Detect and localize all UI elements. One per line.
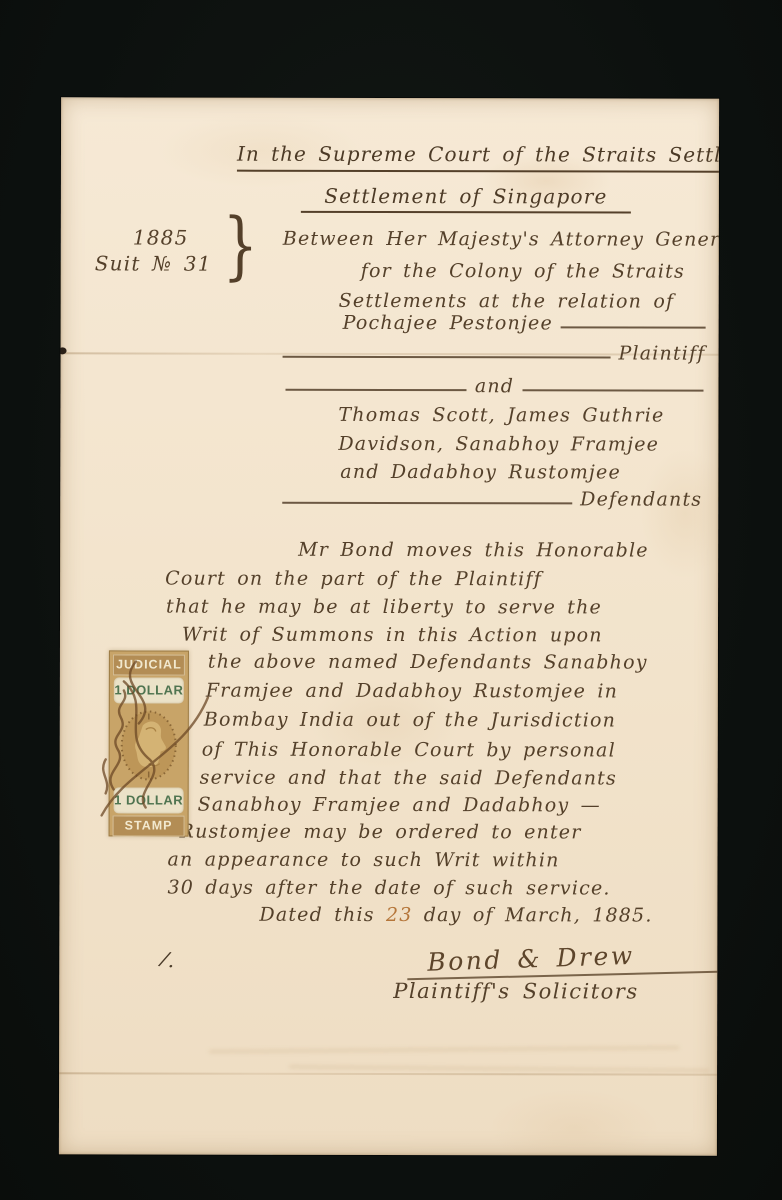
- paper-stain: [489, 1088, 659, 1155]
- margin-mark: /.: [159, 946, 180, 973]
- body-line: Court on the part of the Plaintiff: [165, 568, 542, 591]
- and-label: and: [475, 375, 514, 397]
- signature-name: Bond & Drew: [427, 941, 635, 977]
- body-line: an appearance to such Writ within: [167, 849, 559, 872]
- photo-background: In the Supreme Court of the Straits Sett…: [0, 0, 782, 1200]
- queen-victoria-portrait: [113, 705, 185, 785]
- judicial-stamp: JUDICIAL 1 DOLLAR 1 DOLLAR STAMP: [109, 650, 189, 836]
- body-line: Mr Bond moves this Honorable: [298, 539, 649, 562]
- and-line: and: [285, 375, 703, 398]
- date-suffix: day of March, 1885.: [413, 904, 653, 927]
- heading-settlement: Settlement of Singapore: [301, 184, 631, 214]
- filler-rule: [522, 389, 703, 391]
- signature-title: Plaintiff's Solicitors: [393, 979, 638, 1004]
- body-line: of This Honorable Court by personal: [202, 739, 616, 762]
- party-relator-line: Pochajee Pestonjee: [343, 312, 706, 335]
- case-year: 1885: [133, 225, 189, 249]
- heading-court: In the Supreme Court of the Straits Sett…: [237, 142, 719, 173]
- relator-name: Pochajee Pestonjee: [343, 312, 553, 334]
- body-line: the above named Defendants Sanabhoy: [208, 651, 648, 674]
- stamp-top-label: JUDICIAL: [113, 654, 185, 675]
- defendant-line: Davidson, Sanabhoy Framjee: [338, 433, 659, 456]
- ghost-writing: [209, 1046, 679, 1053]
- plaintiff-label: Plaintiff: [618, 342, 705, 364]
- body-line: Sanabhoy Framjee and Dadabhoy —: [198, 794, 601, 817]
- party-between-line: Between Her Majesty's Attorney General: [283, 228, 719, 251]
- body-line: Framjee and Dadabhoy Rustomjee in: [206, 680, 618, 703]
- defendants-label: Defendants: [580, 488, 702, 510]
- defendants-line: Defendants: [282, 488, 702, 511]
- plaintiff-line: Plaintiff: [283, 342, 706, 365]
- body-line: Rustomjee may be ordered to enter: [180, 821, 582, 844]
- filler-rule: [283, 356, 611, 359]
- day-number: 23: [386, 904, 413, 926]
- body-line: Writ of Summons in this Action upon: [182, 624, 603, 647]
- document-page: In the Supreme Court of the Straits Sett…: [59, 97, 719, 1155]
- body-line: 30 days after the date of such service.: [167, 877, 610, 900]
- filler-rule: [282, 502, 572, 505]
- filler-rule: [561, 326, 706, 328]
- case-brace: }: [223, 208, 258, 284]
- date-line: Dated this 23 day of March, 1885.: [259, 904, 652, 927]
- ghost-writing: [289, 1065, 709, 1072]
- body-line: service and that the said Defendants: [200, 767, 617, 790]
- filler-rule: [285, 389, 466, 391]
- body-line: that he may be at liberty to serve the: [166, 596, 602, 619]
- edge-nick: [59, 347, 67, 354]
- party-between-line: for the Colony of the Straits: [361, 260, 685, 283]
- defendant-line: and Dadabhoy Rustomjee: [340, 461, 621, 484]
- stamp-value-top: 1 DOLLAR: [114, 677, 184, 703]
- defendant-line: Thomas Scott, James Guthrie: [338, 404, 664, 427]
- paper-stain: [640, 449, 719, 579]
- stamp-value-bottom: 1 DOLLAR: [114, 787, 184, 813]
- body-line: Bombay India out of the Jurisdiction: [204, 709, 616, 732]
- fold-line-lower: [59, 1072, 717, 1075]
- date-prefix: Dated this: [259, 904, 386, 926]
- case-suit-number: Suit № 31: [95, 251, 212, 275]
- stamp-bottom-label: STAMP: [113, 815, 185, 836]
- party-between-line: Settlements at the relation of: [339, 290, 675, 313]
